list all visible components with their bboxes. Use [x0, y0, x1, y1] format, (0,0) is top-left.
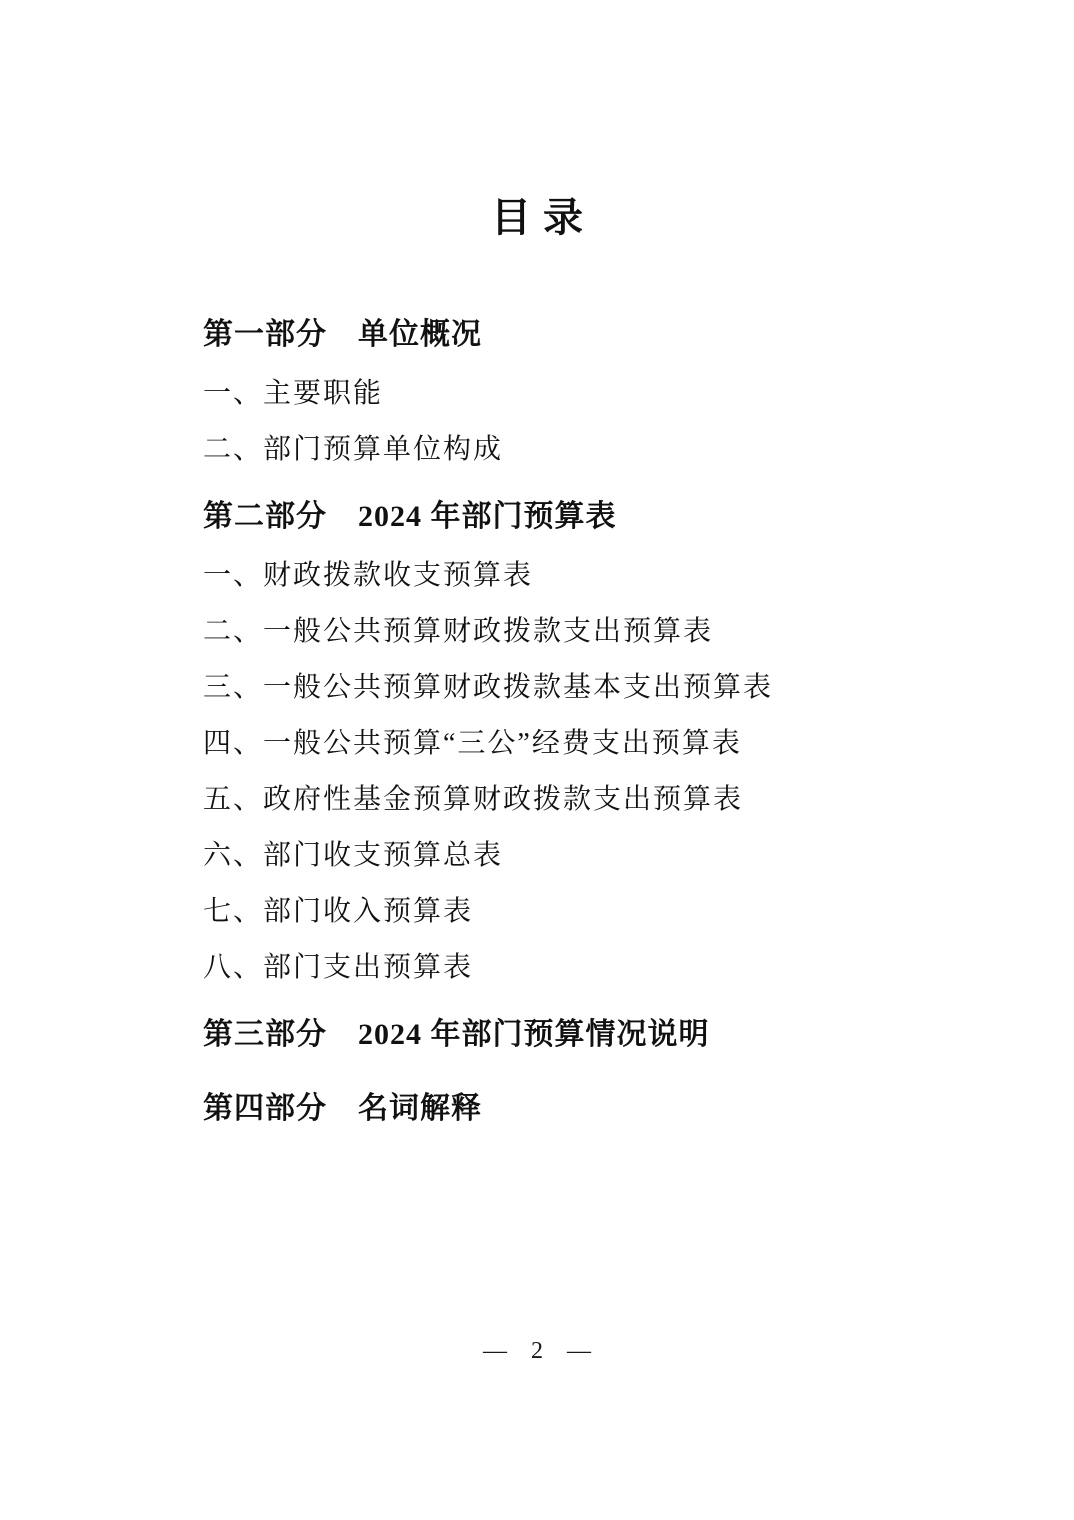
toc-item: 七、部门收入预算表	[203, 893, 893, 930]
toc-item: 一、主要职能	[203, 375, 893, 412]
toc-section-3-heading: 第三部分 2024 年部门预算情况说明	[203, 1016, 893, 1053]
toc-item: 二、一般公共预算财政拨款支出预算表	[203, 613, 893, 650]
toc-item: 一、财政拨款收支预算表	[203, 557, 893, 594]
toc-item: 六、部门收支预算总表	[203, 837, 893, 874]
toc-item: 八、部门支出预算表	[203, 949, 893, 986]
toc-section-1-heading: 第一部分 单位概况	[203, 316, 893, 353]
document-page: 目录 第一部分 单位概况 一、主要职能 二、部门预算单位构成 第二部分 2024…	[0, 0, 1074, 1520]
toc-item: 二、部门预算单位构成	[203, 431, 893, 468]
page-number: — 2 —	[0, 1336, 1074, 1366]
toc-item: 三、一般公共预算财政拨款基本支出预算表	[203, 669, 893, 706]
toc-section-4-heading: 第四部分 名词解释	[203, 1090, 893, 1127]
toc-section-2-heading: 第二部分 2024 年部门预算表	[203, 498, 893, 535]
toc-item: 四、一般公共预算“三公”经费支出预算表	[203, 725, 893, 762]
page-title: 目录	[0, 192, 1074, 244]
toc-item: 五、政府性基金预算财政拨款支出预算表	[203, 781, 893, 818]
table-of-contents: 第一部分 单位概况 一、主要职能 二、部门预算单位构成 第二部分 2024 年部…	[203, 316, 893, 1127]
